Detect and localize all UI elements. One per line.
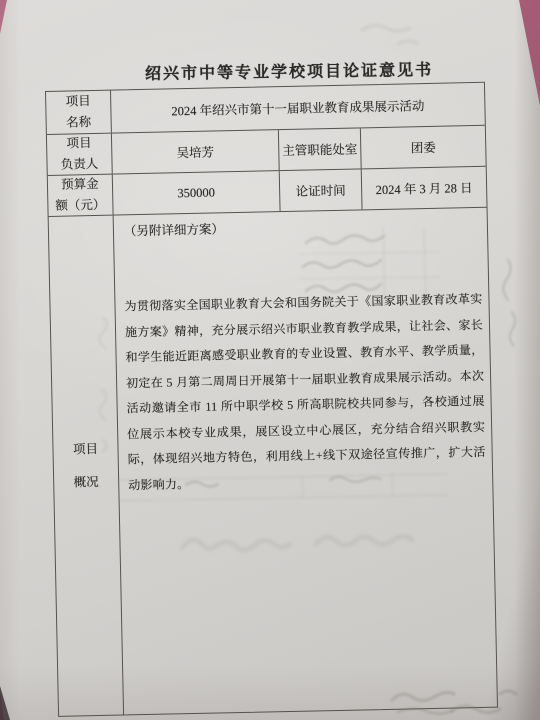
field-value-department: 团委 [361, 126, 486, 169]
label-line: 名称 [66, 112, 91, 134]
field-value-budget: 350000 [113, 171, 281, 214]
attachment-note: （另附详细方案） [124, 214, 487, 240]
field-label-project-name: 项目 名称 [46, 91, 112, 134]
field-value-leader: 吴培芳 [112, 130, 280, 173]
field-label-budget: 预算金 额（元） [48, 175, 114, 216]
label-line: 项目 [73, 432, 99, 466]
document-title: 绍兴市中等专业学校项目论证意见书 [70, 56, 508, 85]
label-line: 负责人 [61, 154, 99, 176]
field-label-leader: 项目 负责人 [47, 134, 113, 175]
form-table: 项目 名称 2024 年绍兴市第十一届职业教育成果展示活动 项目 负责人 吴培芳… [45, 82, 498, 717]
label-line: 概况 [73, 465, 99, 499]
field-label-department: 主管职能处室 [279, 128, 362, 170]
label-line: 预算金 [61, 174, 99, 196]
field-value-project-name: 2024 年绍兴市第十一届职业教育成果展示活动 [111, 83, 485, 133]
row-overview: 项目 概况 （另附详细方案） 为贯彻落实全国职业教育大会和国务院关于《国家职业教… [49, 208, 497, 716]
field-value-review-time: 2024 年 3 月 28 日 [362, 167, 487, 210]
field-label-overview: 项目 概况 [49, 216, 124, 716]
paper-sheet: 绍兴市中等专业学校项目论证意见书 项目 名称 2024 年绍兴市第十一届职业教育… [0, 0, 540, 720]
field-value-overview: （另附详细方案） 为贯彻落实全国职业教育大会和国务院关于《国家职业教育改革实施方… [114, 208, 497, 715]
label-line: 额（元） [55, 195, 105, 217]
overview-text: 为贯彻落实全国职业教育大会和国务院关于《国家职业教育改革实施方案》精神，充分展示… [124, 287, 486, 498]
label-line: 项目 [66, 133, 91, 155]
field-label-review-time: 论证时间 [280, 169, 363, 211]
label-line: 项目 [66, 91, 91, 113]
